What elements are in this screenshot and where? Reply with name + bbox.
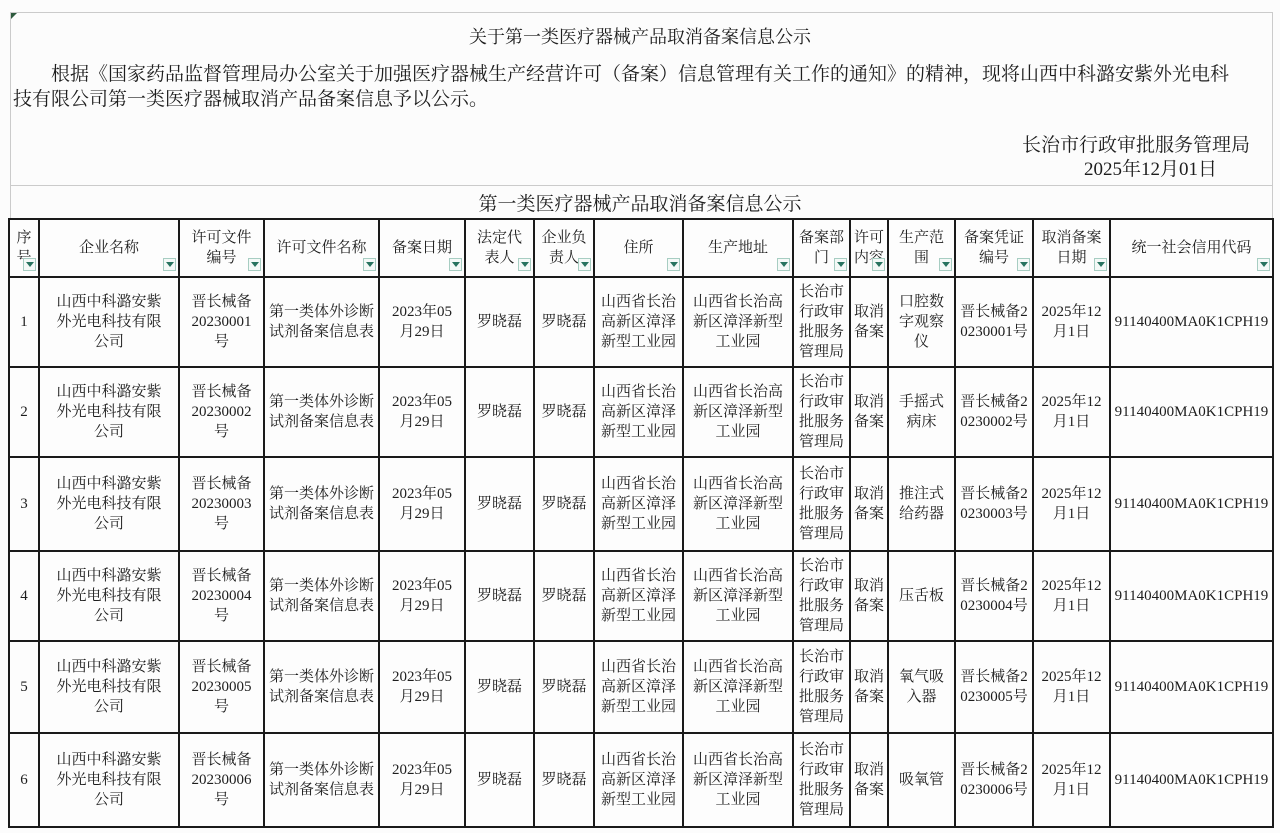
table-cell: 取消备案 <box>850 551 888 641</box>
table-cell: 山西省长治高新区漳泽新型工业园 <box>683 457 793 551</box>
table-cell: 91140400MA0K1CPH19 <box>1110 641 1273 733</box>
issue-date: 2025年12月01日 <box>1084 158 1217 182</box>
column-header-11: 许可内容 <box>850 219 888 277</box>
table-cell: 山西中科潞安紫外光电科技有限公司 <box>39 367 179 457</box>
table-cell: 2023年05月29日 <box>379 457 465 551</box>
column-header-label: 备案凭证编号 <box>964 230 1024 266</box>
table-cell: 取消备案 <box>850 457 888 551</box>
filter-arrow-icon <box>521 262 529 267</box>
column-header-2: 企业名称 <box>39 219 179 277</box>
column-header-label: 统一社会信用代码 <box>1131 240 1251 256</box>
table-cell: 第一类体外诊断试剂备案信息表 <box>264 367 379 457</box>
table-cell: 2023年05月29日 <box>379 277 465 367</box>
filter-arrow-icon <box>875 262 883 267</box>
table-cell: 长治市行政审批服务管理局 <box>793 277 850 367</box>
table-cell: 罗晓磊 <box>465 457 534 551</box>
table-cell: 91140400MA0K1CPH19 <box>1110 367 1273 457</box>
table-cell: 2023年05月29日 <box>379 641 465 733</box>
filter-arrow-icon <box>780 262 788 267</box>
table-cell: 晋长械备20230003号 <box>179 457 264 551</box>
table-cell: 取消备案 <box>850 641 888 733</box>
document-paragraph: 根据《国家药品监督管理局办公室关于加强医疗器械生产经营许可（备案）信息管理有关工… <box>13 62 1233 112</box>
row-number: 6 <box>9 733 39 827</box>
table-cell: 91140400MA0K1CPH19 <box>1110 277 1273 367</box>
table-cell: 晋长械备20230006号 <box>179 733 264 827</box>
table-cell: 晋长械备20230004号 <box>955 551 1033 641</box>
table-cell: 氧气吸入器 <box>888 641 955 733</box>
table-cell: 山西省长治高新区漳泽新型工业园 <box>594 641 683 733</box>
table-cell: 罗晓磊 <box>534 551 594 641</box>
column-header-label: 取消备案日期 <box>1041 230 1101 266</box>
filter-arrow-icon <box>366 262 374 267</box>
table-cell: 晋长械备20230001号 <box>955 277 1033 367</box>
table-cell: 山西省长治高新区漳泽新型工业园 <box>594 733 683 827</box>
column-header-10: 备案部门 <box>793 219 850 277</box>
column-header-9: 生产地址 <box>683 219 793 277</box>
filter-arrow-icon <box>452 262 460 267</box>
issuing-agency: 长治市行政审批服务管理局 <box>1022 134 1250 158</box>
column-header-13: 备案凭证编号 <box>955 219 1033 277</box>
column-header-label: 企业名称 <box>79 240 139 256</box>
table-cell: 2025年12月1日 <box>1033 641 1110 733</box>
table-header-row: 序号企业名称许可文件编号许可文件名称备案日期法定代表人企业负责人住所生产地址备案… <box>9 219 1273 277</box>
table-cell: 第一类体外诊断试剂备案信息表 <box>264 551 379 641</box>
table-cell: 晋长械备20230002号 <box>179 367 264 457</box>
column-header-1: 序号 <box>9 219 39 277</box>
table-title: 第一类医疗器械产品取消备案信息公示 <box>0 193 1280 217</box>
table-cell: 长治市行政审批服务管理局 <box>793 367 850 457</box>
table-cell: 取消备案 <box>850 277 888 367</box>
table-cell: 2025年12月1日 <box>1033 733 1110 827</box>
table-cell: 2023年05月29日 <box>379 367 465 457</box>
filter-arrow-icon <box>251 262 259 267</box>
table-cell: 山西省长治高新区漳泽新型工业园 <box>683 733 793 827</box>
table-cell: 91140400MA0K1CPH19 <box>1110 733 1273 827</box>
table-cell: 91140400MA0K1CPH19 <box>1110 457 1273 551</box>
filter-dropdown-button[interactable] <box>163 258 176 271</box>
sheet-frame-top-line <box>10 12 1272 13</box>
filter-dropdown-button[interactable] <box>1257 258 1270 271</box>
column-header-8: 住所 <box>594 219 683 277</box>
table-cell: 罗晓磊 <box>534 641 594 733</box>
table-cell: 山西省长治高新区漳泽新型工业园 <box>594 277 683 367</box>
filter-arrow-icon <box>26 262 34 267</box>
table-row-5: 5山西中科潞安紫外光电科技有限公司晋长械备20230005号第一类体外诊断试剂备… <box>9 641 1273 733</box>
filter-dropdown-button[interactable] <box>667 258 680 271</box>
table-cell: 口腔数字观察仪 <box>888 277 955 367</box>
filter-dropdown-button[interactable] <box>248 258 261 271</box>
spreadsheet-page: 关于第一类医疗器械产品取消备案信息公示 根据《国家药品监督管理局办公室关于加强医… <box>0 0 1280 833</box>
table-cell: 山西中科潞安紫外光电科技有限公司 <box>39 641 179 733</box>
filter-dropdown-button[interactable] <box>1017 258 1030 271</box>
filter-dropdown-button[interactable] <box>872 258 885 271</box>
column-header-6: 法定代表人 <box>465 219 534 277</box>
table-cell: 山西省长治高新区漳泽新型工业园 <box>683 367 793 457</box>
row-number: 4 <box>9 551 39 641</box>
column-header-label: 备案日期 <box>392 240 452 256</box>
filter-dropdown-button[interactable] <box>23 258 36 271</box>
column-header-15: 统一社会信用代码 <box>1110 219 1273 277</box>
table-cell: 2025年12月1日 <box>1033 277 1110 367</box>
table-cell: 推注式给药器 <box>888 457 955 551</box>
sheet-frame-divider-line <box>10 185 1272 186</box>
table-row-3: 3山西中科潞安紫外光电科技有限公司晋长械备20230003号第一类体外诊断试剂备… <box>9 457 1273 551</box>
column-header-label: 生产范围 <box>899 230 944 266</box>
filter-dropdown-button[interactable] <box>578 258 591 271</box>
table-cell: 长治市行政审批服务管理局 <box>793 733 850 827</box>
table-cell: 罗晓磊 <box>534 367 594 457</box>
table-cell: 2023年05月29日 <box>379 733 465 827</box>
table-cell: 2025年12月1日 <box>1033 457 1110 551</box>
table-cell: 罗晓磊 <box>465 641 534 733</box>
filter-arrow-icon <box>670 262 678 267</box>
table-cell: 晋长械备20230005号 <box>179 641 264 733</box>
column-header-label: 法定代表人 <box>477 230 522 266</box>
table-cell: 罗晓磊 <box>534 457 594 551</box>
table-cell: 罗晓磊 <box>465 277 534 367</box>
table-cell: 晋长械备20230003号 <box>955 457 1033 551</box>
column-header-label: 许可文件名称 <box>276 240 366 256</box>
table-cell: 取消备案 <box>850 733 888 827</box>
table-row-6: 6山西中科潞安紫外光电科技有限公司晋长械备20230006号第一类体外诊断试剂备… <box>9 733 1273 827</box>
document-title: 关于第一类医疗器械产品取消备案信息公示 <box>0 26 1280 48</box>
table-body: 1山西中科潞安紫外光电科技有限公司晋长械备20230001号第一类体外诊断试剂备… <box>9 277 1273 827</box>
table-cell: 山西省长治高新区漳泽新型工业园 <box>683 641 793 733</box>
table-cell: 第一类体外诊断试剂备案信息表 <box>264 641 379 733</box>
table-cell: 山西省长治高新区漳泽新型工业园 <box>594 551 683 641</box>
table-cell: 山西中科潞安紫外光电科技有限公司 <box>39 733 179 827</box>
table-cell: 长治市行政审批服务管理局 <box>793 457 850 551</box>
table-cell: 第一类体外诊断试剂备案信息表 <box>264 457 379 551</box>
filter-arrow-icon <box>166 262 174 267</box>
table-row-2: 2山西中科潞安紫外光电科技有限公司晋长械备20230002号第一类体外诊断试剂备… <box>9 367 1273 457</box>
table-cell: 91140400MA0K1CPH19 <box>1110 551 1273 641</box>
table-cell: 罗晓磊 <box>534 733 594 827</box>
filter-arrow-icon <box>837 262 845 267</box>
column-header-14: 取消备案日期 <box>1033 219 1110 277</box>
table-cell: 山西省长治高新区漳泽新型工业园 <box>683 551 793 641</box>
filter-dropdown-button[interactable] <box>449 258 462 271</box>
filter-arrow-icon <box>581 262 589 267</box>
filter-arrow-icon <box>1020 262 1028 267</box>
row-number: 1 <box>9 277 39 367</box>
table-cell: 晋长械备20230006号 <box>955 733 1033 827</box>
table-cell: 山西中科潞安紫外光电科技有限公司 <box>39 277 179 367</box>
table-cell: 取消备案 <box>850 367 888 457</box>
filter-dropdown-button[interactable] <box>1094 258 1107 271</box>
filter-arrow-icon <box>942 262 950 267</box>
table-cell: 2025年12月1日 <box>1033 551 1110 641</box>
table-cell: 第一类体外诊断试剂备案信息表 <box>264 277 379 367</box>
column-header-7: 企业负责人 <box>534 219 594 277</box>
column-header-label: 住所 <box>623 240 653 256</box>
table-cell: 山西省长治高新区漳泽新型工业园 <box>594 367 683 457</box>
table-cell: 2025年12月1日 <box>1033 367 1110 457</box>
table-cell: 长治市行政审批服务管理局 <box>793 641 850 733</box>
table-cell: 罗晓磊 <box>465 551 534 641</box>
table-cell: 长治市行政审批服务管理局 <box>793 551 850 641</box>
table-cell: 山西中科潞安紫外光电科技有限公司 <box>39 457 179 551</box>
table-cell: 山西省长治高新区漳泽新型工业园 <box>683 277 793 367</box>
table-cell: 罗晓磊 <box>465 733 534 827</box>
column-header-5: 备案日期 <box>379 219 465 277</box>
table-row-4: 4山西中科潞安紫外光电科技有限公司晋长械备20230004号第一类体外诊断试剂备… <box>9 551 1273 641</box>
table-cell: 晋长械备20230004号 <box>179 551 264 641</box>
column-header-label: 许可文件编号 <box>191 230 251 266</box>
column-header-label: 生产地址 <box>708 240 768 256</box>
row-number: 5 <box>9 641 39 733</box>
filter-arrow-icon <box>1097 262 1105 267</box>
column-header-3: 许可文件编号 <box>179 219 264 277</box>
table-cell: 山西省长治高新区漳泽新型工业园 <box>594 457 683 551</box>
filter-dropdown-button[interactable] <box>939 258 952 271</box>
table-cell: 罗晓磊 <box>465 367 534 457</box>
table-cell: 第一类体外诊断试剂备案信息表 <box>264 733 379 827</box>
table-cell: 压舌板 <box>888 551 955 641</box>
sheet-corner-marker <box>10 12 18 20</box>
table-cell: 2023年05月29日 <box>379 551 465 641</box>
column-header-4: 许可文件名称 <box>264 219 379 277</box>
table-row-1: 1山西中科潞安紫外光电科技有限公司晋长械备20230001号第一类体外诊断试剂备… <box>9 277 1273 367</box>
filter-arrow-icon <box>1260 262 1268 267</box>
filter-dropdown-button[interactable] <box>518 258 531 271</box>
table-cell: 罗晓磊 <box>534 277 594 367</box>
column-header-12: 生产范围 <box>888 219 955 277</box>
table-cell: 晋长械备20230005号 <box>955 641 1033 733</box>
table-cell: 手摇式病床 <box>888 367 955 457</box>
table-cell: 吸氧管 <box>888 733 955 827</box>
filter-dropdown-button[interactable] <box>363 258 376 271</box>
row-number: 3 <box>9 457 39 551</box>
table-cell: 山西中科潞安紫外光电科技有限公司 <box>39 551 179 641</box>
table-cell: 晋长械备20230001号 <box>179 277 264 367</box>
table-cell: 晋长械备20230002号 <box>955 367 1033 457</box>
filing-table: 序号企业名称许可文件编号许可文件名称备案日期法定代表人企业负责人住所生产地址备案… <box>8 218 1274 828</box>
filter-dropdown-button[interactable] <box>777 258 790 271</box>
filter-dropdown-button[interactable] <box>834 258 847 271</box>
row-number: 2 <box>9 367 39 457</box>
